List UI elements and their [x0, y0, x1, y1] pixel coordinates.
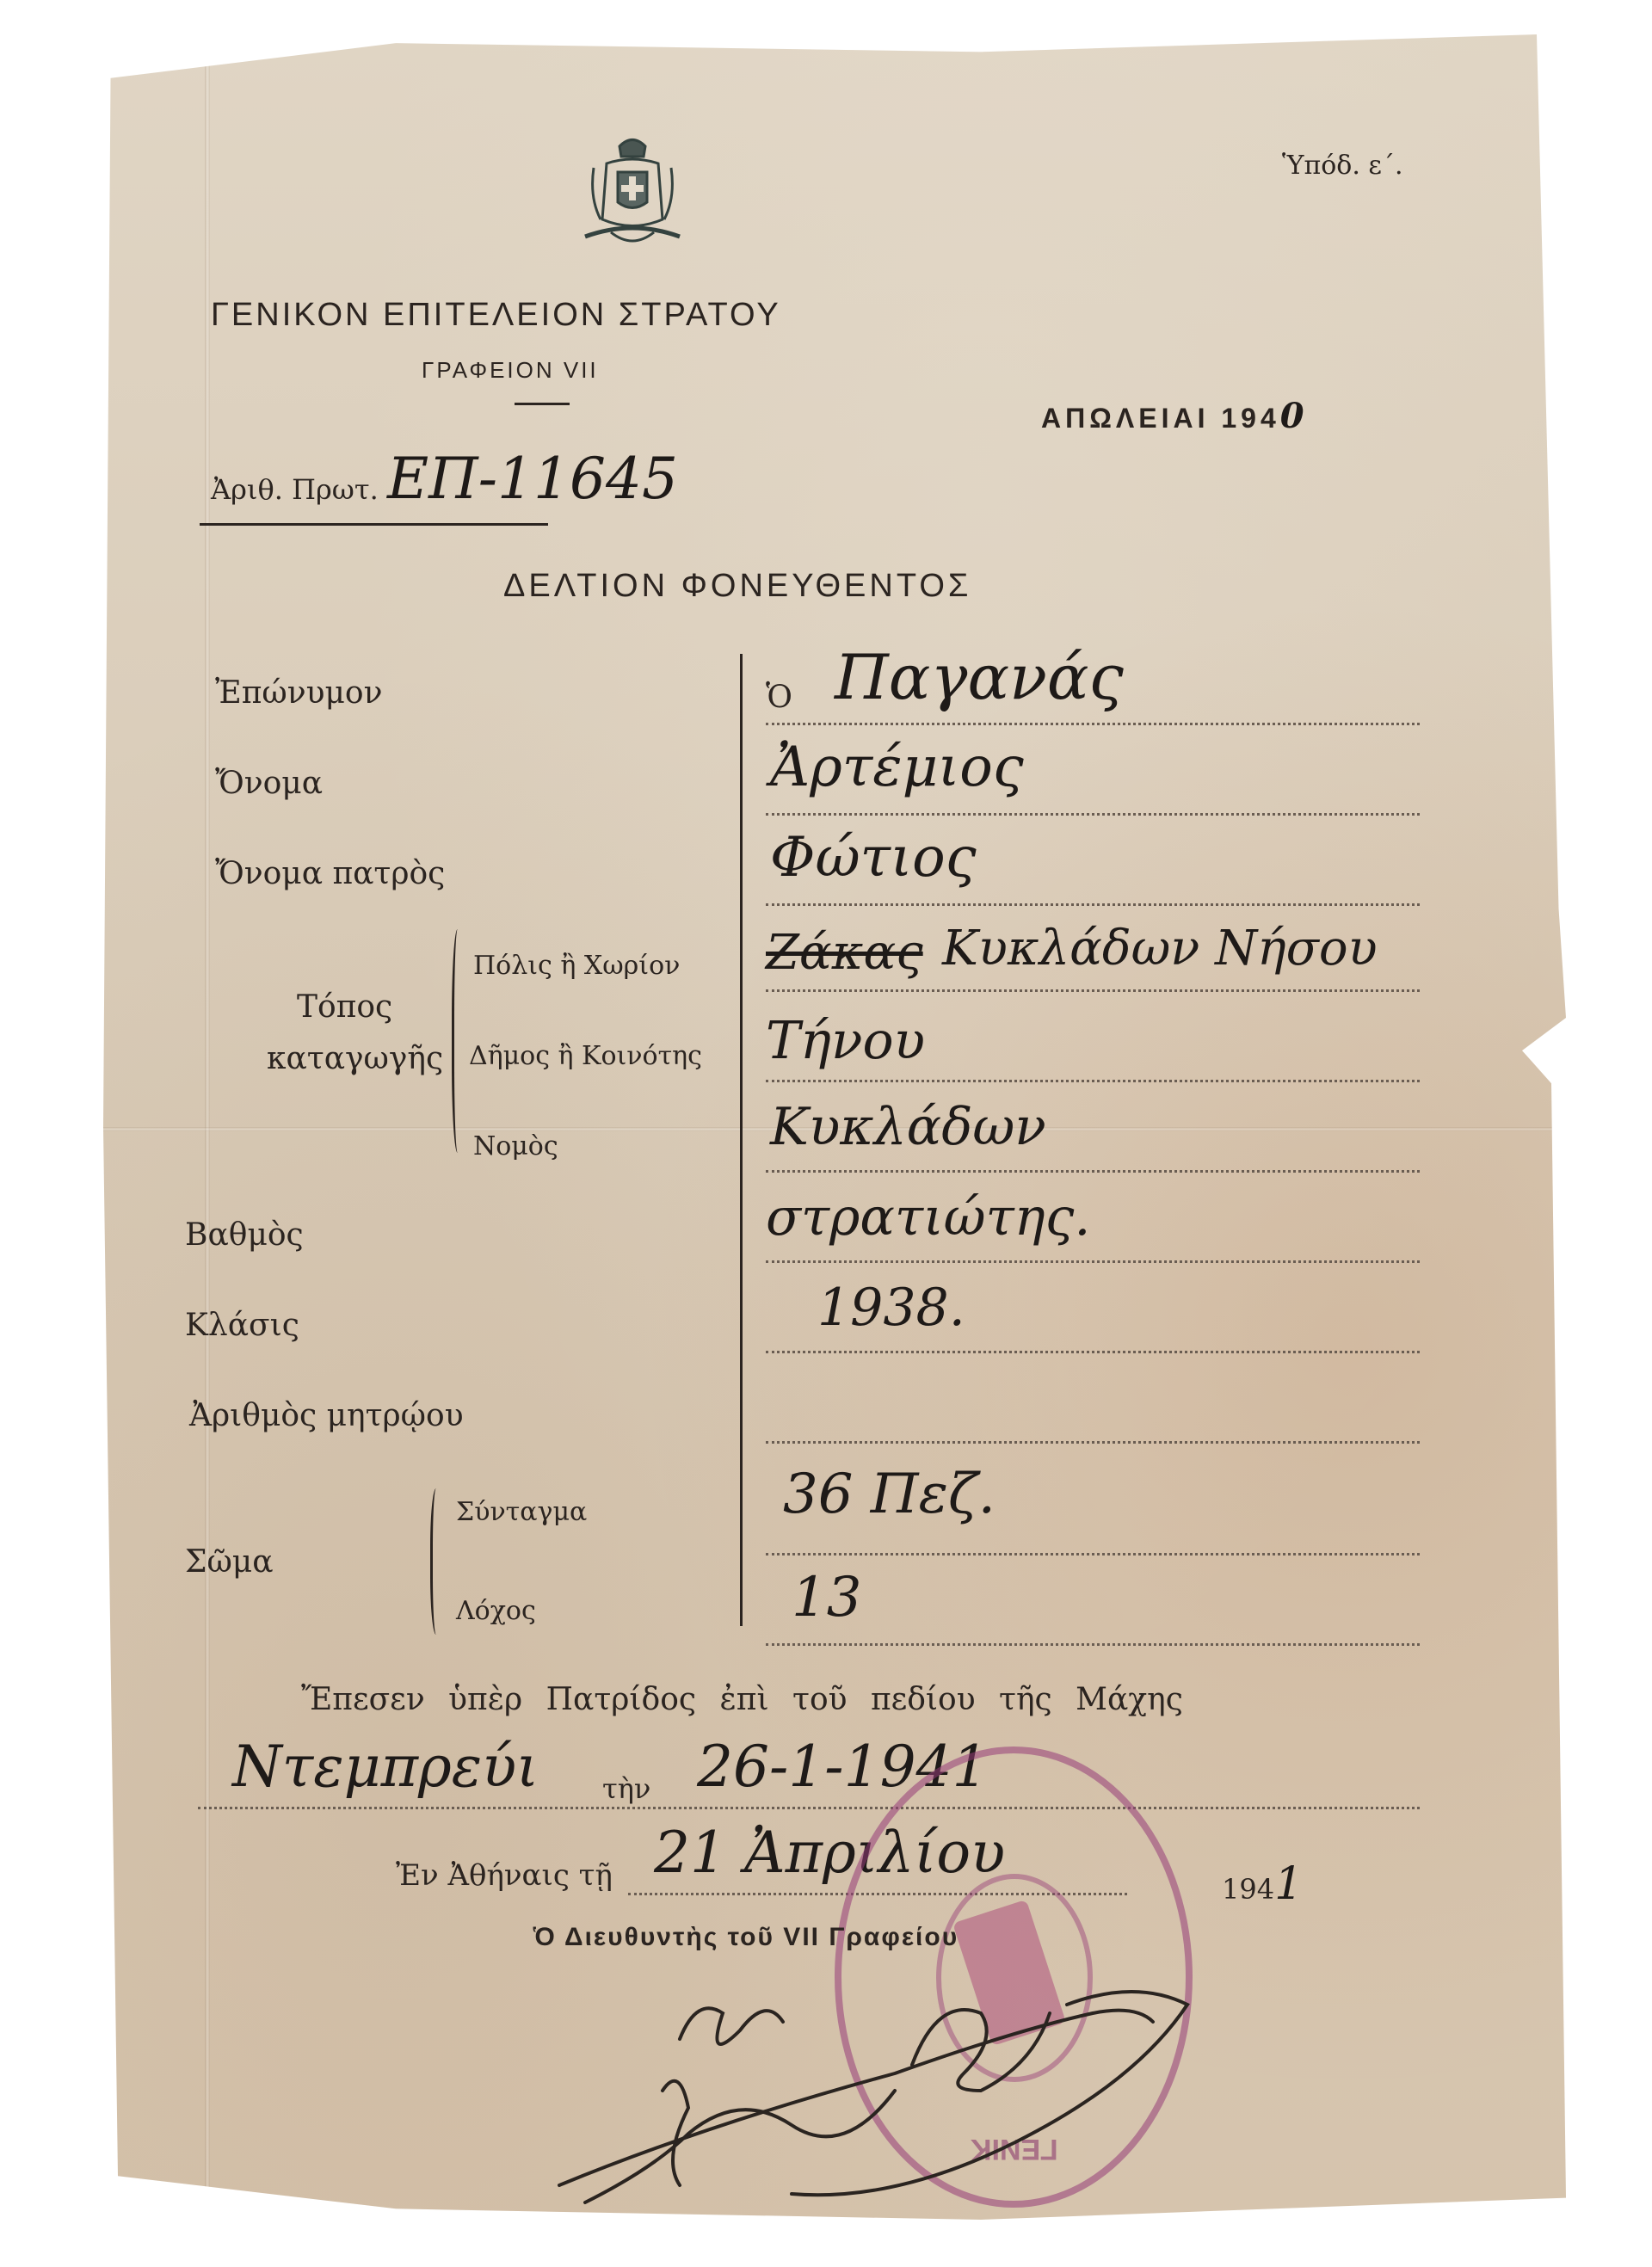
surname-label: Ἐπώνυμον — [215, 675, 382, 711]
death-place: Ντεμπρεύι — [232, 1734, 539, 1800]
class-value: 1938. — [817, 1278, 965, 1338]
surname-value: Παγανάς — [835, 641, 1124, 713]
origin-brace — [452, 929, 466, 1153]
protocol-underline — [200, 523, 548, 526]
form-reference: Ὑπόδ. ε΄. — [1282, 151, 1403, 181]
father-name-label: Ὄνομα πατρὸς — [215, 856, 445, 891]
first-name-line — [766, 813, 1420, 816]
regiment-value: 36 Πεζ. — [783, 1463, 996, 1526]
municipality-line — [766, 1080, 1420, 1082]
city-value: Κυκλάδων Νήσου — [942, 921, 1378, 976]
death-date-label: τὴν — [602, 1772, 650, 1805]
company-line — [766, 1643, 1420, 1646]
service-number-line — [766, 1441, 1420, 1444]
company-value: 13 — [792, 1566, 861, 1629]
class-label: Κλάσις — [185, 1308, 299, 1343]
death-statement: Ἔπεσεν ὑπὲρ Πατρίδος ἐπὶ τοῦ πεδίου τῆς … — [301, 1682, 1183, 1717]
first-name-value: Ἀρτέμιος — [770, 736, 1024, 799]
service-number-label: Ἀριθμὸς μητρῴου — [189, 1398, 464, 1433]
prefecture-label: Νομὸς — [473, 1131, 558, 1161]
city-line — [766, 989, 1420, 992]
royal-coat-of-arms-icon — [568, 129, 697, 258]
father-name-line — [766, 903, 1420, 906]
org-heading: ΓΕΝΙΚΟΝ ΕΠΙΤΕΛΕΙΟΝ ΣΤΡΑΤΟΥ — [211, 297, 781, 334]
father-name-value: Φώτιος — [770, 826, 977, 890]
header-divider — [515, 403, 570, 405]
surname-line — [766, 723, 1420, 725]
municipality-label: Δῆμος ἢ Κοινότης — [469, 1041, 702, 1071]
office-heading: ΓΡΑΦΕΙΟΝ VII — [422, 357, 599, 384]
issue-year-handwritten: 1 — [1274, 1858, 1303, 1910]
class-line — [766, 1351, 1420, 1353]
column-divider — [740, 654, 743, 1626]
protocol-label: Ἀριθ. Πρωτ. — [211, 473, 379, 506]
rank-line — [766, 1260, 1420, 1263]
unit-brace — [430, 1488, 445, 1635]
origin-group-label-1: Τόπος — [297, 989, 392, 1025]
signatory-title: Ὁ Διευθυντὴς τοῦ VII Γραφείου — [533, 1923, 959, 1952]
unit-group-label: Σῶμα — [185, 1544, 274, 1580]
origin-group-label-2: καταγωγῆς — [267, 1041, 443, 1076]
document-title: ΔΕΛΤΙΟΝ ΦΟΝΕΥΘΕΝΤΟΣ — [503, 568, 971, 605]
surname-prefix: Ὁ — [766, 680, 792, 715]
death-line — [198, 1807, 1420, 1809]
document-paper: ΓΕΝΙΚΟΝ ΕΠΙΤΕΛΕΙΟΝ ΣΤΡΑΤΟΥ ΓΡΑΦΕΙΟΝ VII … — [103, 34, 1566, 2220]
prefecture-line — [766, 1170, 1420, 1173]
issue-year-printed: 1941 — [1222, 1858, 1303, 1910]
prefecture-value: Κυκλάδων — [770, 1097, 1046, 1157]
regiment-line — [766, 1553, 1420, 1555]
issue-label: Ἐν Ἀθήναις τῇ — [396, 1858, 613, 1893]
rank-value: στρατιώτης. — [766, 1187, 1090, 1247]
rank-label: Βαθμὸς — [185, 1217, 304, 1253]
losses-label: ΑΠΩΛΕΙΑΙ 1940 — [1041, 396, 1309, 436]
protocol-number: ΕΠ-11645 — [387, 446, 678, 512]
first-name-label: Ὄνομα — [215, 766, 323, 801]
municipality-value: Τήνου — [766, 1011, 925, 1071]
company-label: Λόχος — [456, 1596, 536, 1626]
regiment-label: Σύνταγμα — [456, 1497, 587, 1527]
handwritten-signature-icon — [533, 1962, 1480, 2220]
losses-year-handwritten: 0 — [1280, 396, 1309, 436]
city-label: Πόλις ἢ Χωρίον — [473, 951, 680, 981]
city-value-struck: Ζάκας — [766, 925, 923, 981]
